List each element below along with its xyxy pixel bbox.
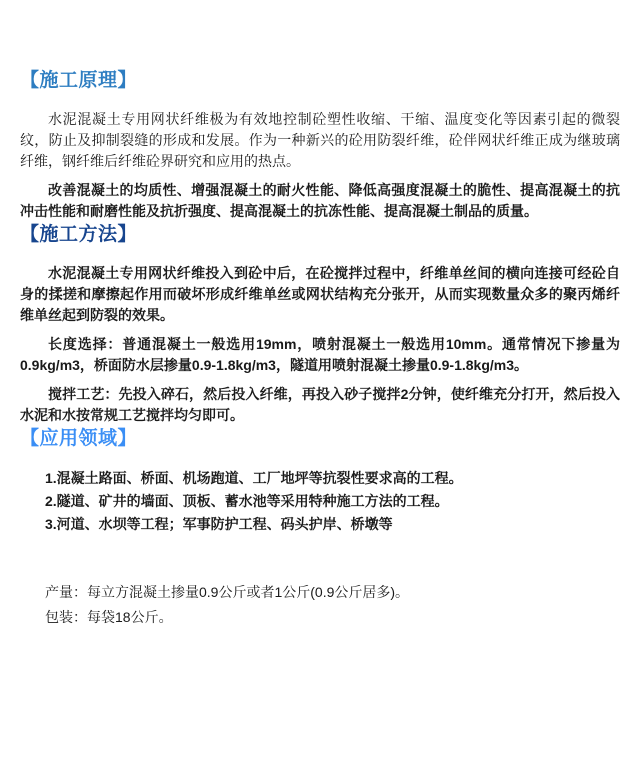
application-list-item-3: 3.河道、水坝等工程；军事防护工程、码头护岸、桥墩等 [45,513,620,536]
section-construction-method: 【施工方法】 水泥混凝土专用网状纤维投入到砼中后，在砼搅拌过程中，纤维单丝间的横… [20,222,620,426]
product-info: 产量：每立方混凝土掺量0.9公斤或者1公斤(0.9公斤居多)。 包装：每袋18公… [45,580,620,630]
heading-construction-method: 【施工方法】 [20,222,620,248]
principle-benefits-paragraph: 改善混凝土的均质性、增强混凝土的耐火性能、降低高强度混凝土的脆性、提高混凝土的抗… [20,180,620,222]
heading-application-fields: 【应用领域】 [20,426,620,452]
application-list-item-1: 1.混凝土路面、桥面、机场跑道、工厂地坪等抗裂性要求高的工程。 [45,467,620,490]
method-mixing-principle-paragraph: 水泥混凝土专用网状纤维投入到砼中后，在砼搅拌过程中，纤维单丝间的横向连接可经砼自… [20,263,620,326]
section-application-fields: 【应用领域】 1.混凝土路面、桥面、机场跑道、工厂地坪等抗裂性要求高的工程。 2… [20,426,620,536]
application-list-item-2: 2.隧道、矿井的墙面、顶板、蓄水池等采用特种施工方法的工程。 [45,490,620,513]
document-page: 【施工原理】 水泥混凝土专用网状纤维极为有效地控制砼塑性收缩、干缩、温度变化等因… [0,0,641,769]
method-length-selection-paragraph: 长度选择：普通混凝土一般选用19mm，喷射混凝土一般选用10mm。通常情况下掺量… [20,334,620,376]
application-list: 1.混凝土路面、桥面、机场跑道、工厂地坪等抗裂性要求高的工程。 2.隧道、矿井的… [20,467,620,536]
section-construction-principle: 【施工原理】 水泥混凝土专用网状纤维极为有效地控制砼塑性收缩、干缩、温度变化等因… [20,68,620,222]
principle-intro-paragraph: 水泥混凝土专用网状纤维极为有效地控制砼塑性收缩、干缩、温度变化等因素引起的微裂纹… [20,109,620,172]
method-mixing-process-paragraph: 搅拌工艺：先投入碎石，然后投入纤维，再投入砂子搅拌2分钟，使纤维充分打开，然后投… [20,384,620,426]
packaging-line: 包装：每袋18公斤。 [45,605,620,630]
heading-construction-principle: 【施工原理】 [20,68,620,94]
yield-line: 产量：每立方混凝土掺量0.9公斤或者1公斤(0.9公斤居多)。 [45,580,620,605]
